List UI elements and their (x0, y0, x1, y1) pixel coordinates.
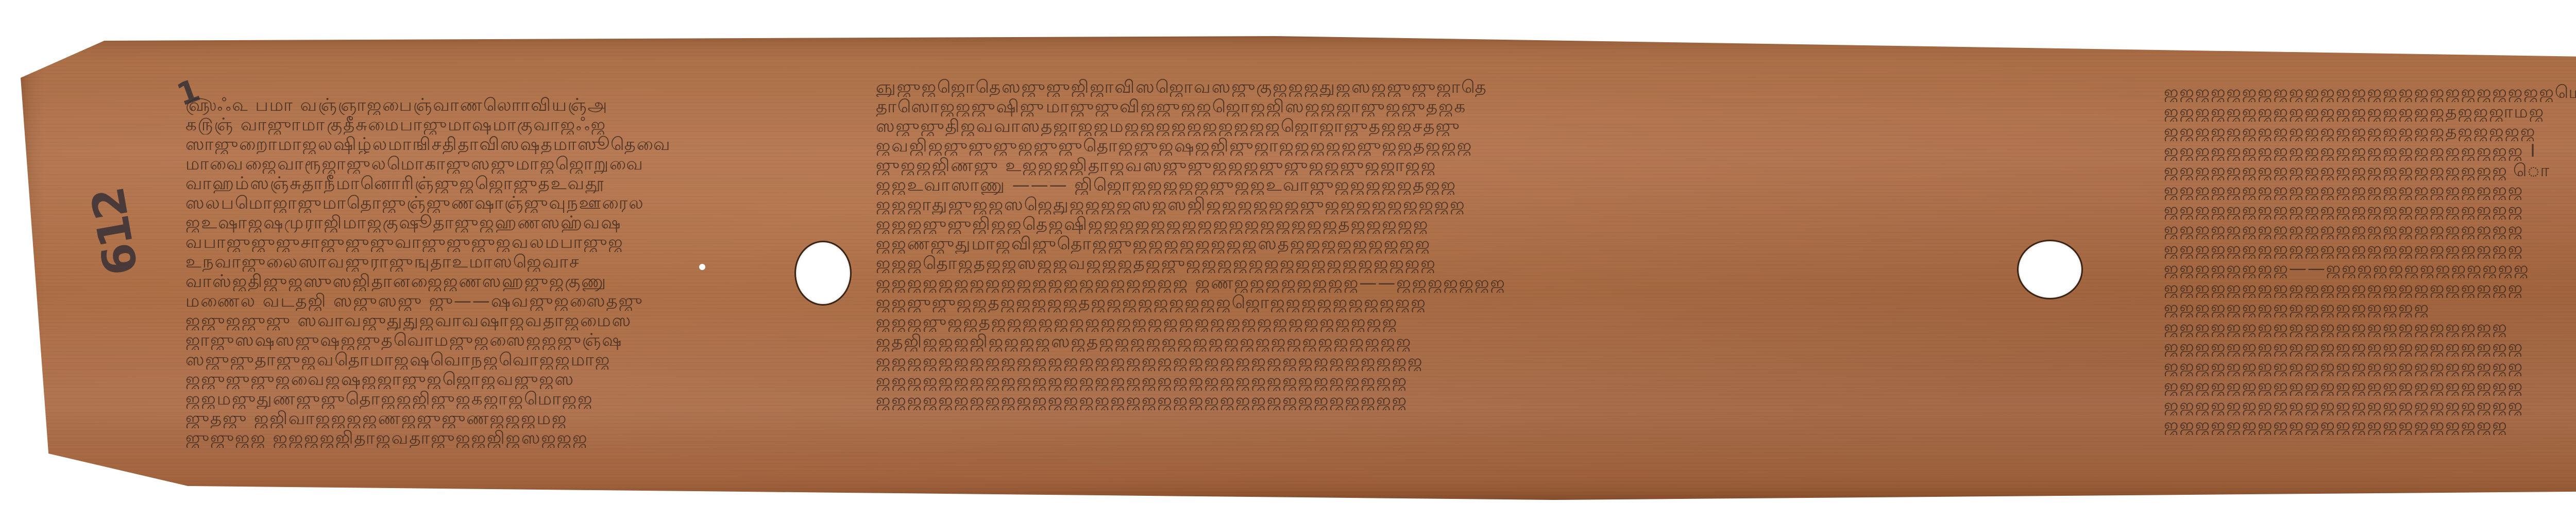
text-line: ஜுதஜு ஜஜிவாஜஜஜஜணஜஜுஜுணஜஜஜமஜ (185, 409, 778, 428)
text-line: ஜஜஜஜஜஜஜஜஜஜஜஜஜஜஜஜஜஜஜஜஜஜ (2164, 415, 2576, 435)
text-panel-center: ஞுஜுஜஜொதெஸஜுஜுஜிஜாவிஸஜொவஸஜுகுஜஜஜதுஜஸஜஜுஜ… (876, 77, 2035, 410)
text-line: ஜுஜஜஜிணஜு உஜஜஜஜிதாஜவஸஜுஜுஜஜஜஜுஜுஜஜஜுஜஜாஜ… (876, 156, 2035, 175)
text-line: ௵ஃ௳ பமா வஞ்ஞாஜபைஞ்வாணலொாவியஞ்அ (185, 95, 778, 115)
text-line: வபாஜுஜுஜுசாஜுஜுஜுவாஜுஜுஜுஜவலமபாஜுஜ (185, 232, 778, 252)
text-line: ஜஜஜஜஜஜஜஜஜஜஜஜஜஜஜஜஜஜதஜஜஜாமஜ (2164, 102, 2576, 122)
text-line: ஜஜஜஜஜஜஜஜஜஜஜஜஜஜஜஜஜஜதஜஜஜஜஜ (2164, 122, 2576, 141)
text-line: ஜஜஜஜஜஜஜஜஜஜஜஜஜஜஜஜஜஜஜஜஜஜஜ (2164, 376, 2576, 396)
text-line: ஜதஜிஜஜஜஜிஜஜஜஜஸஜதஜஜஜஜஜஜஜஜஜஜஜஜஜஜஜஜஜஜஜஜ (876, 332, 2035, 351)
text-line: ஜஜஜஜஜஜஜஜஜஜஜஜஜஜஜஜஜஜஜஜஜஜஜஜஜஜஜஜஜஜஜஜஜஜஜ (876, 351, 2035, 371)
text-line: ஜஜஜஜஜஜஜஜஜஜஜஜஜஜஜஜஜஜஜஜஜஜஜ I (2164, 141, 2576, 161)
text-line: தாஸொஜஜஜுஷிஜு஡மாஜுஜுவிஜஜுஜஜஜொஜஜிஸஜஜஜாஜுஜஜ… (876, 97, 2035, 116)
text-line: ஜஜஜஜஜஜஜஜஜஜஜஜஜஜஜஜஜஜஜஜஜஜஜ (2164, 239, 2576, 259)
text-line: உநவாஜுலைஸாவஜுராஜுஙுதாஉமாஸஜெவாச (185, 252, 778, 272)
text-line: ஜஜஜஜஜஜஜஜஜஜஜஜஜஜஜஜஜஜஜஜஜஜஜ (2164, 357, 2576, 376)
text-line: ஜஜஜஜுஜஜதஜஜஜஜஜஜஜஜஜஜஜஜஜஜஜஜஜஜஜஜஜஜஜஜஜஜ (876, 312, 2035, 332)
text-line: ஜஜஜஜஜஜஜஜஜஜஜஜஜஜஜஜஜஜஜஜஜஜஜ (2164, 220, 2576, 239)
text-line: ஜஜஜஜஜஜஜஜஜஜஜஜஜஜஜஜஜஜஜஜ ஜணஜஜஜஜஜஜஜஜ——ஜஜஜஜஜஜஜ (876, 273, 2035, 293)
text-line: ஜஜஜஜஜஜஜஜஜஜஜஜஜஜஜஜஜஜஜஜஜஜஜஜஜஜஜஜஜஜஜஜஜஜ (876, 371, 2035, 391)
text-line: ஜஜணஜுதுமாஜவிஜுதொஜஜுஜஜஜஜஜஜஜஜஸதஜஜஜஜஜஜஜஜஜ (876, 234, 2035, 254)
binding-hole-right (2019, 241, 2081, 298)
text-line: ஸலபமொஜாஜுமாதொஜுஞ்ஜுணஷாஞ்ஜுவுநஊரைல (185, 193, 778, 213)
text-line: ஸஜுஜுதிஜவவாஸதஜாஜஜமஜஜஜஜஜஜஜஜஜஜஜொஜாஜுதஜஜசதஜ… (876, 116, 2035, 136)
text-line: க௫ஞ் வாஜுாமா஖குதீசுமைபாஜுமாஷமாகுவாஜஃஜ (185, 115, 778, 135)
text-line: ஜஜஜஜஜஜஜஜ——ஜஜஜஜஜஜஜஜஜஜஜஜஜ (2164, 259, 2576, 278)
text-line: வாஸ்ஜதிஜுஜஸுஸஜிதானஜைஜணஸஹஜுஜகுணு (185, 272, 778, 291)
text-line: வாஹம்ஸஞ்சுதாநீமானொரிஞ்ஜுஜஜொஜுதஉவதூ (185, 174, 778, 193)
text-line: ஜஜுஜஜுஜு ஸவாவஜுதுதுஜவாவஷாஜவதாஜமைஸ (185, 311, 778, 330)
text-line: ஸாஜுறைாமாஜலஷிழ்லமாஙிசதிதாவிஸஷதமாஸூதெவை (185, 135, 778, 154)
text-line: ஜஜஉவாஸாணு ——— ஜிஜொஜஜஜஜஜஜுஜஜஉவாஜுஜஜஜஜஜதஜஜ (876, 175, 2035, 195)
text-line: ஜஜஜஜுஜுஜிஜஜதெஜஷிஜஜஜஜஜஜஜஜஜஜஜஜஜஜஜஜதஜஜஜஜஜ (876, 214, 2035, 234)
text-line: ஜவஜிஜஜுஜுஜுஜஜுஜுதொஜஜுஜஷஜஜிஜுஜாஜஜஜஜஜஜுஜஜத… (876, 136, 2035, 156)
text-line: ஜுஜுஜஜ ஜஜஜஜஜிதாஜவதாஜுஜஜஜிஜஸஜஜஜ (185, 428, 778, 448)
text-line: ஸஜுஜுதாஜுஜவதொமாஜஷவொநஜவொஜஜமாஜ (185, 350, 778, 370)
text-line: ஞுஜுஜஜொதெஸஜுஜுஜிஜாவிஸஜொவஸஜுகுஜஜஜதுஜஸஜஜுஜ… (876, 77, 2035, 97)
text-line: ஜஜமஜுதுணஜுஜுதொஜஜஜிஜுஜகஜாஜமொஜஜ (185, 389, 778, 409)
text-line: ஜஜஜஜஜஜஜஜஜஜஜஜஜஜஜஜஜ (2164, 298, 2576, 317)
pinhole (699, 264, 705, 270)
text-line: ஜஜஜுஜுஜஜதஜஜஜஜஜதஜஜஜஜஜஜஜஜஜஜொஜஜஜஜஜஜஜஜஜஜ (876, 293, 2035, 312)
text-line: ஜஜஜாதுஜுஜஜஸஜெதுஜஜஜஜஸஜஸஜிஜஜஜஜஜஜஜுஜஜஜஜஜஜஜஜ… (876, 195, 2035, 214)
text-line: ஜாஜுஸஷஸஜுஷஜஜுதவொமஜுஜஸைஜஜஜுஞ்ஷ (185, 330, 778, 350)
text-panel-right: ஜஜஜஜஜஜஜஜஜஜஜஜஜஜஜஜஜஜஜஜஜஜஜஜஜமொ ஜஜஜஜஜஜஜஜஜஜஜஜ… (2164, 82, 2576, 435)
text-line: ஜஜஜஜஜஜஜஜஜஜஜஜஜஜஜஜஜஜஜஜஜஜஜஜஜமொ (2164, 82, 2576, 102)
text-line: ஜஜஜஜஜஜஜஜஜஜஜஜஜஜஜஜஜஜஜஜஜஜ (2164, 317, 2576, 337)
text-line: ஜஜஜஜஜஜஜஜஜஜஜஜஜஜஜஜஜஜஜஜஜஜஜ (2164, 278, 2576, 298)
text-panel-left: ௵ஃ௳ பமா வஞ்ஞாஜபைஞ்வாணலொாவியஞ்அ க௫ஞ் வாஜு… (185, 95, 778, 448)
binding-hole-left (796, 242, 850, 304)
text-line: ஜஜஜதொஜதஜஜஸஜஜவஜஜஜதஜஜுஜஜஜஜஜஜஜஜஜஜஜஜஜஜஜஜ (876, 254, 2035, 273)
text-line: ஜஜஜஜஜஜஜஜஜஜஜஜஜஜஜஜஜஜஜஜஜஜஜ (2164, 396, 2576, 415)
text-line: மணைல வடதஜி ஸஜுஸஜு ஜு——ஷவஜுஜஸைதஜு (185, 291, 778, 311)
text-line: ஜஜஜஜஜஜஜஜஜஜஜஜஜஜஜஜஜஜஜஜஜஜஜ (2164, 200, 2576, 220)
text-line: மாவை஡ஜைவாரூஜாஜுலமொகாஜுஸஜுமாஜஜொறுவை (185, 154, 778, 174)
text-line: ஜஜஜஜஜஜஜஜஜஜஜஜஜஜஜஜஜஜஜஜஜஜஜஜஜஜஜஜஜஜஜஜஜஜ (876, 391, 2035, 410)
text-line: ஜஜுஜுஜுஜவைஜஷஜஜாஜுஜஜொஜவஜுஜஸ (185, 370, 778, 389)
text-line: ஜஜஜஜஜஜஜஜஜஜஜஜஜஜஜஜஜஜஜஜஜஜஜ (2164, 337, 2576, 357)
text-line: ஜஜஜஜஜஜஜஜஜஜஜஜஜஜஜஜஜஜஜஜஜஜஜ (2164, 180, 2576, 200)
text-line: ஜஉஷாஜஷமுராஜிமாஜகுஷூதாஜுஜஹணஸஹ்வஷ (185, 213, 778, 232)
text-line: ஜஜஜஜஜஜஜஜஜஜஜஜஜஜஜஜஜஜஜஜஜஜ ொ (2164, 161, 2576, 180)
